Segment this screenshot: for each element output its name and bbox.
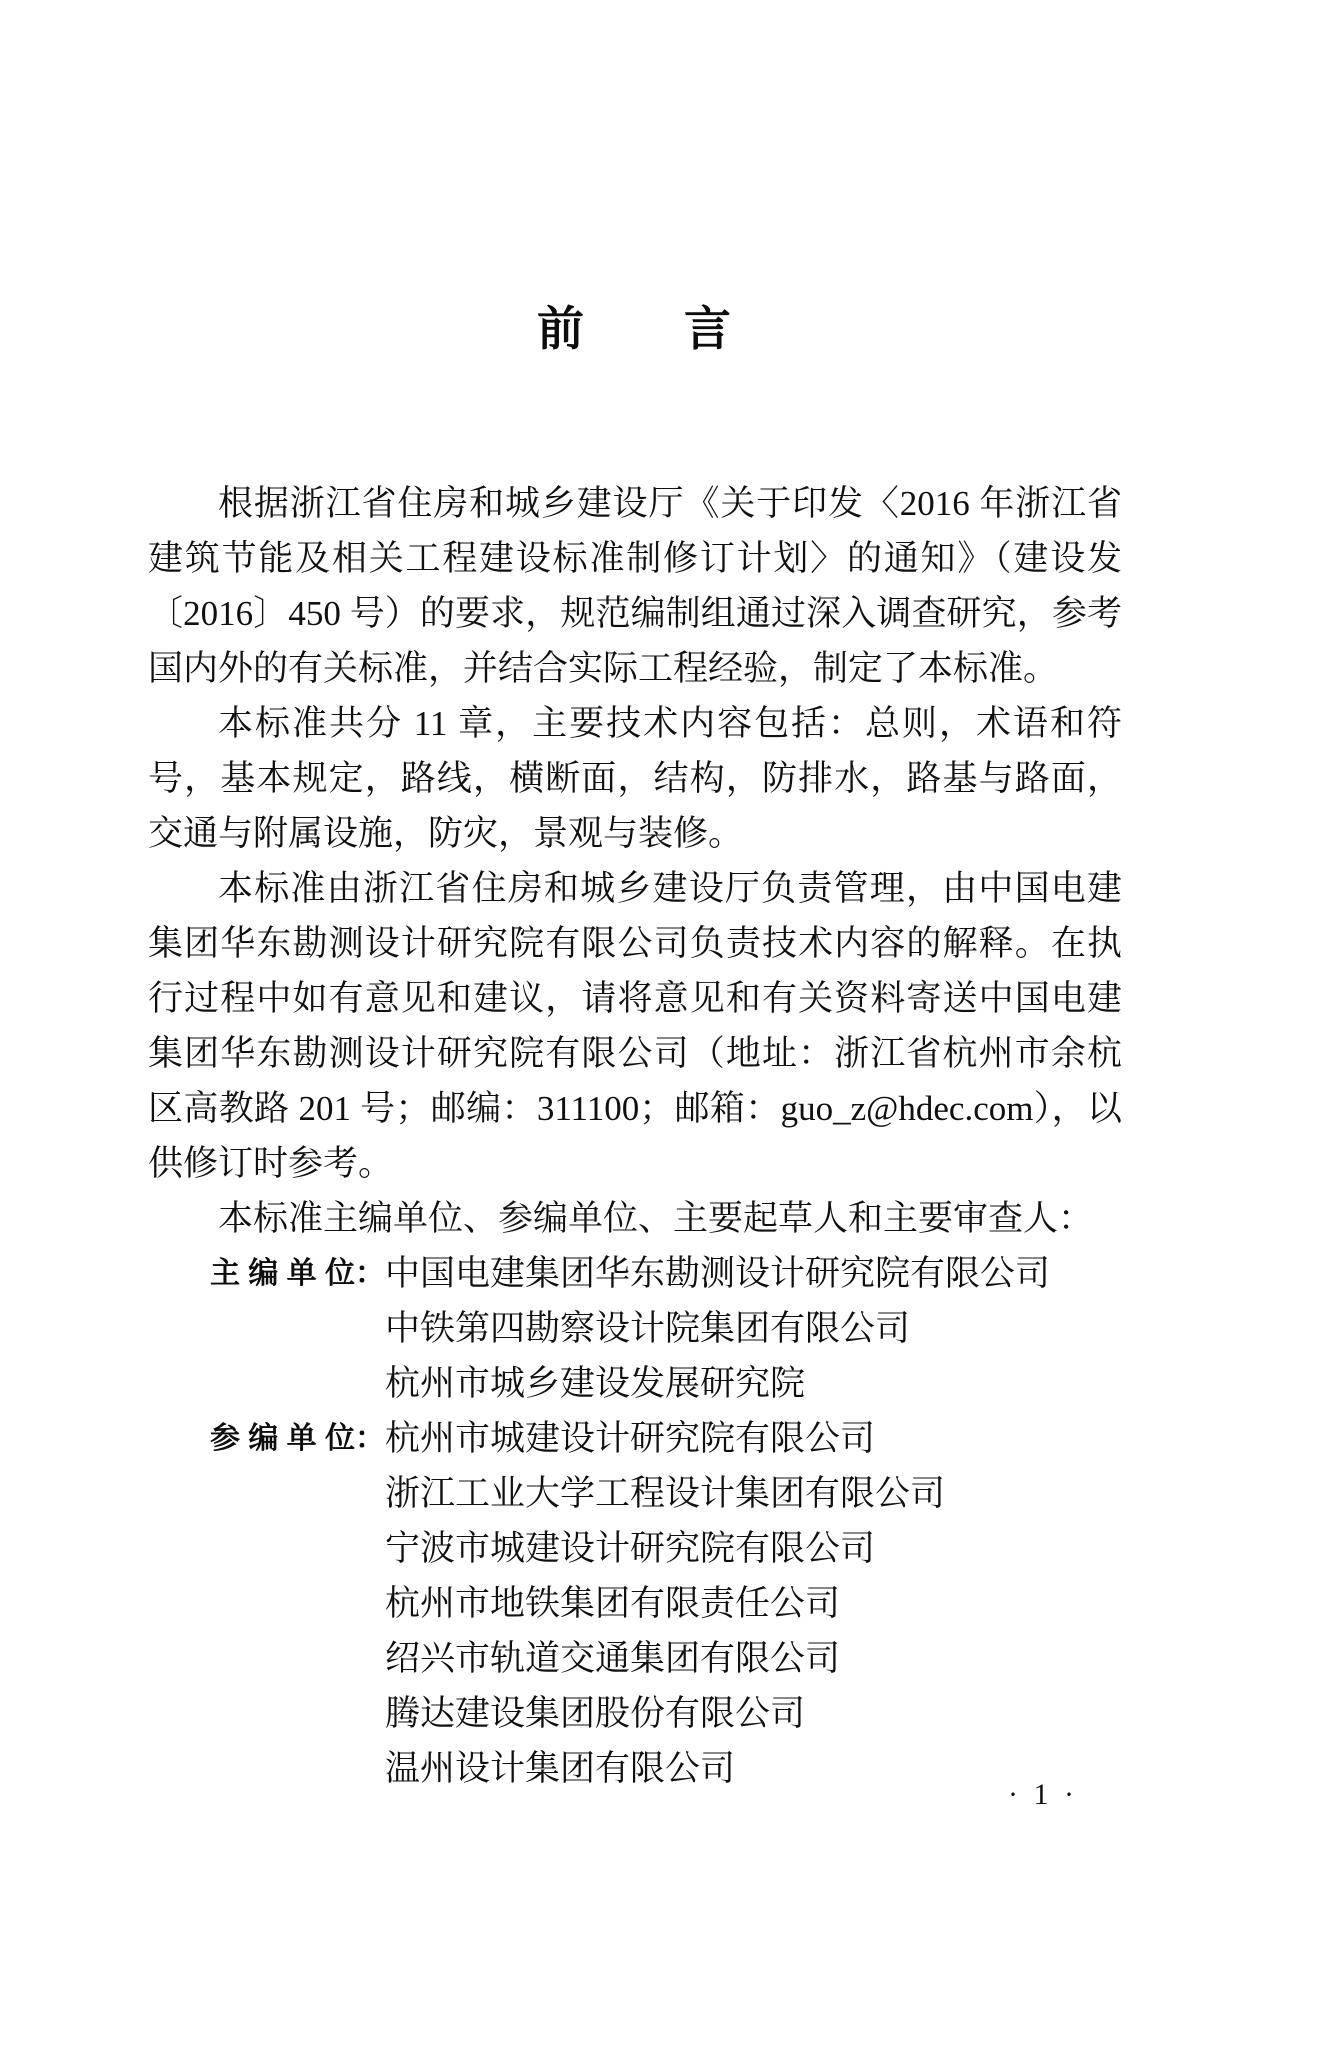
- organization-name: 宁波市城建设计研究院有限公司: [385, 1521, 1122, 1576]
- paragraph-management: 本标准由浙江省住房和城乡建设厅负责管理，由中国电建集团华东勘测设计研究院有限公司…: [148, 861, 1122, 1191]
- organization-name: 中铁第四勘察设计院集团有限公司: [385, 1301, 1122, 1356]
- page-number: · 1 ·: [1008, 1778, 1078, 1812]
- paragraph-basis: 根据浙江省住房和城乡建设厅《关于印发〈2016 年浙江省建筑节能及相关工程建设标…: [148, 476, 1122, 696]
- chief-editor-units: 主 编 单 位： 中国电建集团华东勘测设计研究院有限公司 中铁第四勘察设计院集团…: [148, 1246, 1122, 1411]
- organization-name: 腾达建设集团股份有限公司: [385, 1686, 1122, 1741]
- page-title: 前 言: [148, 303, 1122, 355]
- organization-name: 杭州市城建设计研究院有限公司: [385, 1411, 1122, 1466]
- organization-name: 杭州市地铁集团有限责任公司: [385, 1576, 1122, 1631]
- organization-name: 绍兴市轨道交通集团有限公司: [385, 1631, 1122, 1686]
- organization-name: 中国电建集团华东勘测设计研究院有限公司: [385, 1246, 1122, 1301]
- participating-units: 参 编 单 位： 杭州市城建设计研究院有限公司 浙江工业大学工程设计集团有限公司…: [148, 1411, 1122, 1796]
- organization-name: 杭州市城乡建设发展研究院: [385, 1356, 1122, 1411]
- organization-name: 浙江工业大学工程设计集团有限公司: [385, 1466, 1122, 1521]
- chief-editor-label: 主 编 单 位：: [148, 1246, 385, 1301]
- chief-editor-org-list: 中国电建集团华东勘测设计研究院有限公司 中铁第四勘察设计院集团有限公司 杭州市城…: [385, 1246, 1122, 1411]
- participating-label: 参 编 单 位：: [148, 1411, 385, 1466]
- preface-body: 根据浙江省住房和城乡建设厅《关于印发〈2016 年浙江省建筑节能及相关工程建设标…: [148, 476, 1122, 1796]
- paragraph-contents: 本标准共分 11 章，主要技术内容包括：总则，术语和符号，基本规定，路线，横断面…: [148, 696, 1122, 861]
- document-page: 前 言 根据浙江省住房和城乡建设厅《关于印发〈2016 年浙江省建筑节能及相关工…: [0, 0, 1336, 2048]
- paragraph-units-intro: 本标准主编单位、参编单位、主要起草人和主要审查人：: [148, 1191, 1122, 1246]
- participating-org-list: 杭州市城建设计研究院有限公司 浙江工业大学工程设计集团有限公司 宁波市城建设计研…: [385, 1411, 1122, 1796]
